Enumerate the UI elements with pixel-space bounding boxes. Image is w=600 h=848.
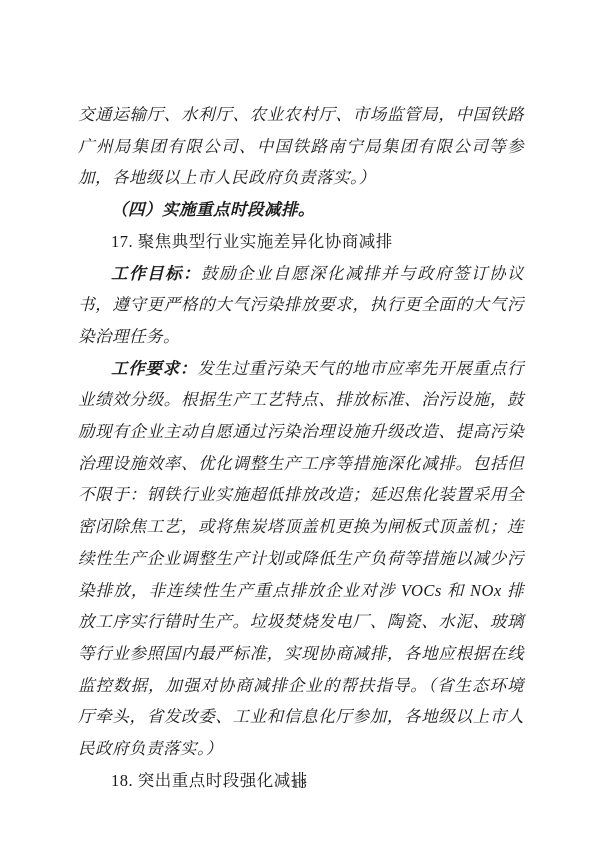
- paragraph-label: 工作要求：: [111, 359, 197, 378]
- section-subheading: （四）实施重点时段减排。: [78, 194, 524, 226]
- paragraph-label: 工作目标：: [111, 264, 201, 283]
- item-heading-17: 17. 聚焦典型行业实施差异化协商减排: [78, 226, 524, 258]
- paragraph-text: 发生过重污染天气的地市应率先开展重点行业绩效分级。根据生产工艺特点、排放标准、治…: [78, 359, 524, 758]
- paragraph-work-goal: 工作目标：鼓励企业自愿深化减排并与政府签订协议书，遵守更严格的大气污染排放要求，…: [78, 258, 524, 353]
- paragraph-text: 交通运输厅、水利厅、农业农村厅、市场监管局，中国铁路广州局集团有限公司、中国铁路…: [78, 105, 524, 187]
- document-body: 交通运输厅、水利厅、农业农村厅、市场监管局，中国铁路广州局集团有限公司、中国铁路…: [78, 99, 524, 796]
- page-number: 13: [0, 776, 600, 792]
- item-heading-text: 17. 聚焦典型行业实施差异化协商减排: [111, 232, 393, 251]
- document-page: 交通运输厅、水利厅、农业农村厅、市场监管局，中国铁路广州局集团有限公司、中国铁路…: [0, 0, 600, 848]
- subheading-text: （四）实施重点时段减排。: [111, 200, 315, 219]
- paragraph-work-requirement: 工作要求：发生过重污染天气的地市应率先开展重点行业绩效分级。根据生产工艺特点、排…: [78, 353, 524, 765]
- paragraph-continuation: 交通运输厅、水利厅、农业农村厅、市场监管局，中国铁路广州局集团有限公司、中国铁路…: [78, 99, 524, 194]
